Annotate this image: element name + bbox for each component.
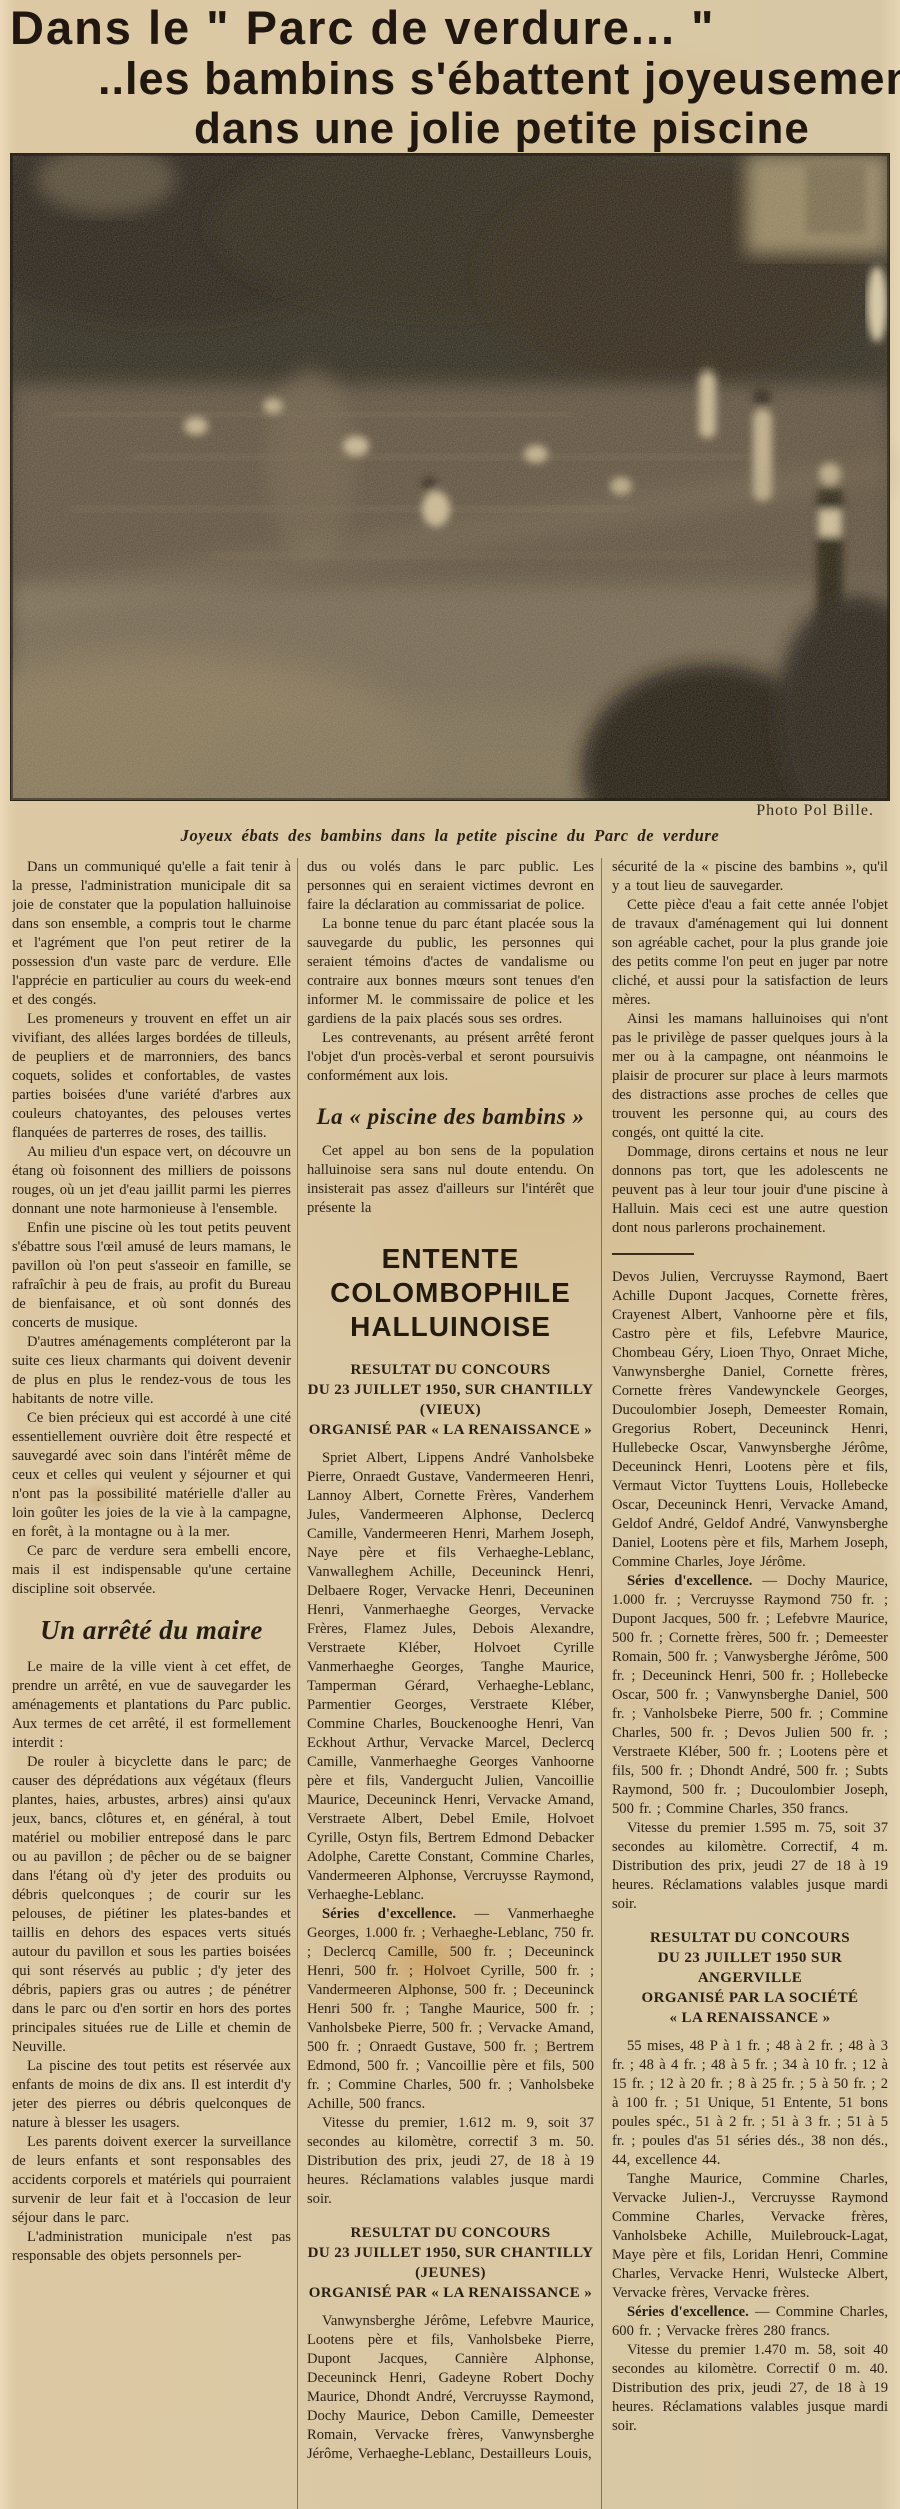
headline-line-1: Dans le " Parc de verdure... "	[10, 2, 894, 54]
subheading-piscine-des-bambins: La « piscine des bambins »	[307, 1104, 594, 1130]
results-vitesse: Vitesse du premier, 1.612 m. 9, soit 37 …	[307, 2114, 594, 2209]
paragraph: Enfin une piscine où les tout petits peu…	[12, 1219, 291, 1333]
series-label: Séries d'excellence.	[322, 1906, 456, 1922]
section-title-line: ENTENTE COLOMBOPHILE	[307, 1242, 594, 1310]
result-heading-line: RESULTAT DU CONCOURS	[612, 1928, 888, 1948]
result-heading-chantilly-vieux: RESULTAT DU CONCOURS DU 23 JUILLET 1950,…	[307, 1360, 594, 1440]
result-heading-line: DU 23 JUILLET 1950 SUR ANGERVILLE	[612, 1948, 888, 1988]
results-series: Séries d'excellence. — Vanmerhaeghe Geor…	[307, 1905, 594, 2114]
results-vitesse: Vitesse du premier 1.595 m. 75, soit 37 …	[612, 1819, 888, 1914]
paragraph: Ce bien précieux qui est accordé à une c…	[12, 1409, 291, 1542]
newspaper-page: Dans le " Parc de verdure... " ..les bam…	[0, 0, 900, 2509]
paragraph: Les parents doivent exercer la surveilla…	[12, 2133, 291, 2228]
paragraph: sécurité de la « piscine des bambins », …	[612, 858, 888, 896]
results-vitesse: Vitesse du premier 1.470 m. 58, soit 40 …	[612, 2341, 888, 2436]
series-values: — Vanmerhaeghe Georges, 1.000 fr. ; Verh…	[307, 1906, 594, 2112]
paragraph: Ce parc de verdure sera embelli encore, …	[12, 1542, 291, 1599]
paragraph: Cet appel au bon sens de la population h…	[307, 1142, 594, 1218]
result-heading-chantilly-jeunes: RESULTAT DU CONCOURS DU 23 JUILLET 1950,…	[307, 2223, 594, 2303]
result-heading-angerville: RESULTAT DU CONCOURS DU 23 JUILLET 1950 …	[612, 1928, 888, 2028]
headline-line-2: ..les bambins s'ébattent joyeusement	[98, 54, 894, 104]
column-3: sécurité de la « piscine des bambins », …	[601, 858, 888, 2509]
result-heading-line: ORGANISÉ PAR LA SOCIÉTÉ	[612, 1988, 888, 2008]
paragraph: La bonne tenue du parc étant placée sous…	[307, 915, 594, 1029]
results-series: Séries d'excellence. — Dochy Maurice, 1.…	[612, 1572, 888, 1819]
paragraph: Cette pièce d'eau a fait cette année l'o…	[612, 896, 888, 1010]
series-label: Séries d'excellence.	[627, 1573, 752, 1589]
paragraph: Ainsi les mamans halluinoises qui n'ont …	[612, 1010, 888, 1143]
headline-line-3: dans une jolie petite piscine	[194, 104, 894, 153]
result-heading-line: (JEUNES)	[307, 2263, 594, 2283]
result-heading-line: DU 23 JUILLET 1950, SUR CHANTILLY	[307, 2243, 594, 2263]
result-heading-line: ORGANISÉ PAR « LA RENAISSANCE »	[307, 2283, 594, 2303]
paragraph: Les promeneurs y trouvent en effet un ai…	[12, 1010, 291, 1143]
photo	[10, 153, 890, 801]
paragraph: De rouler à bicyclette dans le parc; de …	[12, 1753, 291, 2057]
paragraph: D'autres aménagements compléteront par l…	[12, 1333, 291, 1409]
paragraph: Au milieu d'un espace vert, on découvre …	[12, 1143, 291, 1219]
result-heading-line: ORGANISÉ PAR « LA RENAISSANCE »	[307, 1420, 594, 1440]
result-heading-line: RESULTAT DU CONCOURS	[307, 2223, 594, 2243]
photo-credit: Photo Pol Bille.	[756, 802, 874, 820]
results-series: Séries d'excellence. — Commine Charles, …	[612, 2303, 888, 2341]
results-names: Devos Julien, Vercruysse Raymond, Baert …	[612, 1268, 888, 1572]
section-title-line: HALLUINOISE	[307, 1310, 594, 1344]
paragraph: dus ou volés dans le parc public. Les pe…	[307, 858, 594, 915]
paragraph: Les contrevenants, au présent arrêté fer…	[307, 1029, 594, 1086]
series-values: — Dochy Maurice, 1.000 fr. ; Vercruysse …	[612, 1573, 888, 1817]
result-heading-line: DU 23 JUILLET 1950, SUR CHANTILLY	[307, 1380, 594, 1400]
paragraph: La piscine des tout petits est réservée …	[12, 2057, 291, 2133]
photo-image	[11, 154, 889, 800]
series-label: Séries d'excellence.	[627, 2304, 749, 2320]
results-names: Vanwynsberghe Jérôme, Lefebvre Maurice, …	[307, 2312, 594, 2464]
paragraph: Dommage, dirons certains et nous ne leur…	[612, 1143, 888, 1238]
paragraph: L'administration municipale n'est pas re…	[12, 2228, 291, 2266]
subheading-arrete-du-maire: Un arrêté du maire	[12, 1615, 291, 1646]
results-names: Spriet Albert, Lippens André Vanholsbeke…	[307, 1449, 594, 1905]
result-heading-line: (VIEUX)	[307, 1400, 594, 1420]
divider-rule	[612, 1253, 694, 1255]
result-heading-line: « LA RENAISSANCE »	[612, 2008, 888, 2028]
results-mises: 55 mises, 48 P à 1 fr. ; 48 à 2 fr. ; 48…	[612, 2037, 888, 2170]
section-title-entente-colombophile: ENTENTE COLOMBOPHILE HALLUINOISE	[307, 1242, 594, 1344]
article-columns: Dans un communiqué qu'elle a fait tenir …	[12, 858, 888, 2509]
column-1: Dans un communiqué qu'elle a fait tenir …	[12, 858, 297, 2509]
photo-caption: Joyeux ébats des bambins dans la petite …	[0, 826, 900, 846]
column-2: dus ou volés dans le parc public. Les pe…	[297, 858, 601, 2509]
paragraph: Le maire de la ville vient à cet effet, …	[12, 1658, 291, 1753]
paragraph: Dans un communiqué qu'elle a fait tenir …	[12, 858, 291, 1010]
headline: Dans le " Parc de verdure... " ..les bam…	[10, 2, 894, 153]
result-heading-line: RESULTAT DU CONCOURS	[307, 1360, 594, 1380]
results-names: Tanghe Maurice, Commine Charles, Vervack…	[612, 2170, 888, 2303]
